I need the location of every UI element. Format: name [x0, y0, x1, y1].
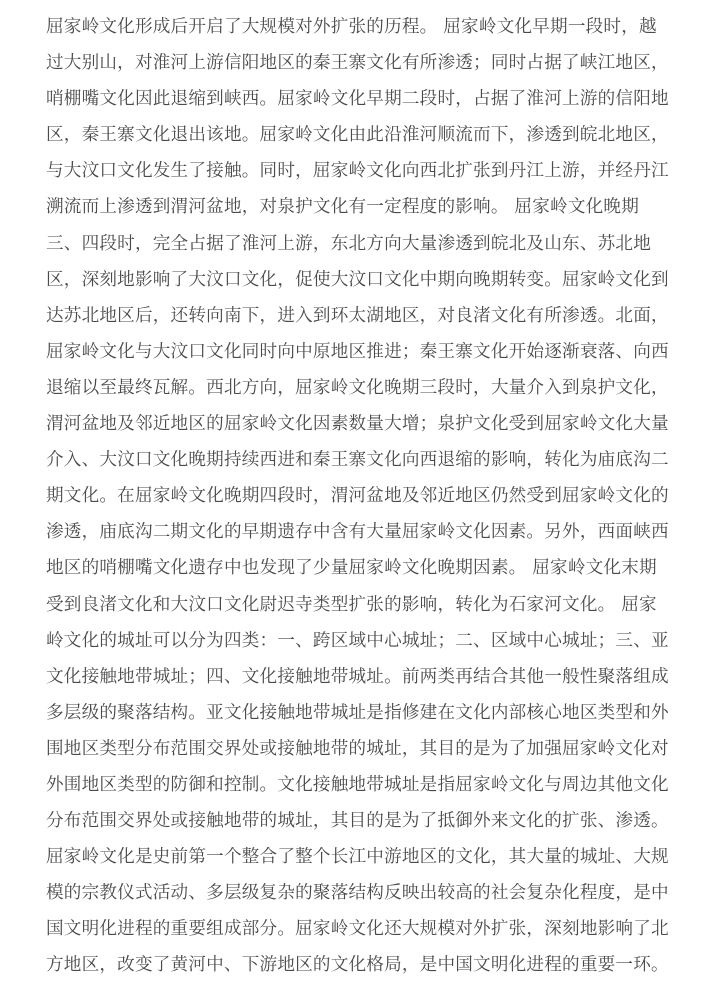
text-line: 区，秦王寨文化退出该地。屈家岭文化由此沿淮河顺流而下，渗透到皖北地区，	[46, 117, 678, 153]
text-line: 溯流而上渗透到渭河盆地，对泉护文化有一定程度的影响。 屈家岭文化晚期	[46, 189, 678, 225]
text-line: 区，深刻地影响了大汶口文化，促使大汶口文化中期向晚期转变。屈家岭文化到	[46, 262, 678, 298]
text-line: 围地区类型分布范围交界处或接触地带的城址，其目的是为了加强屈家岭文化对	[46, 731, 678, 767]
text-line: 渗透，庙底沟二期文化的早期遗存中含有大量屈家岭文化因素。另外，西面峡西	[46, 514, 678, 550]
text-line: 退缩以至最终瓦解。西北方向，屈家岭文化晚期三段时，大量介入到泉护文化，	[46, 370, 678, 406]
text-line: 渭河盆地及邻近地区的屈家岭文化因素数量大增；泉护文化受到屈家岭文化大量	[46, 406, 678, 442]
article-body: 屈家岭文化形成后开启了大规模对外扩张的历程。 屈家岭文化早期一段时，越 过大别山…	[46, 9, 678, 984]
text-line: 屈家岭文化与大汶口文化同时向中原地区推进；秦王寨文化开始逐渐衰落、向西	[46, 334, 678, 370]
text-line: 文化接触地带城址；四、文化接触地带城址。前两类再结合其他一般性聚落组成	[46, 659, 678, 695]
text-line: 地区的哨棚嘴文化遗存中也发现了少量屈家岭文化晚期因素。 屈家岭文化末期	[46, 550, 678, 586]
text-line: 过大别山，对淮河上游信阳地区的秦王寨文化有所渗透；同时占据了峡江地区，	[46, 45, 678, 81]
text-line: 方地区，改变了黄河中、下游地区的文化格局，是中国文明化进程的重要一环。	[46, 947, 678, 983]
text-line: 外围地区类型的防御和控制。文化接触地带城址是指屈家岭文化与周边其他文化	[46, 767, 678, 803]
text-line: 分布范围交界处或接触地带的城址，其目的是为了抵御外来文化的扩张、渗透。	[46, 803, 678, 839]
text-line: 模的宗教仪式活动、多层级复杂的聚落结构反映出较高的社会复杂化程度，是中	[46, 875, 678, 911]
text-line: 达苏北地区后，还转向南下，进入到环太湖地区，对良渚文化有所渗透。北面，	[46, 298, 678, 334]
text-line: 国文明化进程的重要组成部分。屈家岭文化还大规模对外扩张，深刻地影响了北	[46, 911, 678, 947]
text-line: 哨棚嘴文化因此退缩到峡西。屈家岭文化早期二段时，占据了淮河上游的信阳地	[46, 81, 678, 117]
text-line: 多层级的聚落结构。亚文化接触地带城址是指修建在文化内部核心地区类型和外	[46, 695, 678, 731]
text-line: 屈家岭文化是史前第一个整合了整个长江中游地区的文化，其大量的城址、大规	[46, 839, 678, 875]
text-line: 介入、大汶口文化晚期持续西进和秦王寨文化向西退缩的影响，转化为庙底沟二	[46, 442, 678, 478]
text-line: 三、四段时，完全占据了淮河上游，东北方向大量渗透到皖北及山东、苏北地	[46, 226, 678, 262]
text-line: 屈家岭文化形成后开启了大规模对外扩张的历程。 屈家岭文化早期一段时，越	[46, 9, 678, 45]
text-line: 受到良渚文化和大汶口文化尉迟寺类型扩张的影响，转化为石家河文化。 屈家	[46, 587, 678, 623]
text-line: 与大汶口文化发生了接触。同时，屈家岭文化向西北扩张到丹江上游，并经丹江	[46, 153, 678, 189]
text-line: 期文化。在屈家岭文化晚期四段时，渭河盆地及邻近地区仍然受到屈家岭文化的	[46, 478, 678, 514]
text-line: 岭文化的城址可以分为四类：一、跨区域中心城址；二、区域中心城址；三、亚	[46, 623, 678, 659]
